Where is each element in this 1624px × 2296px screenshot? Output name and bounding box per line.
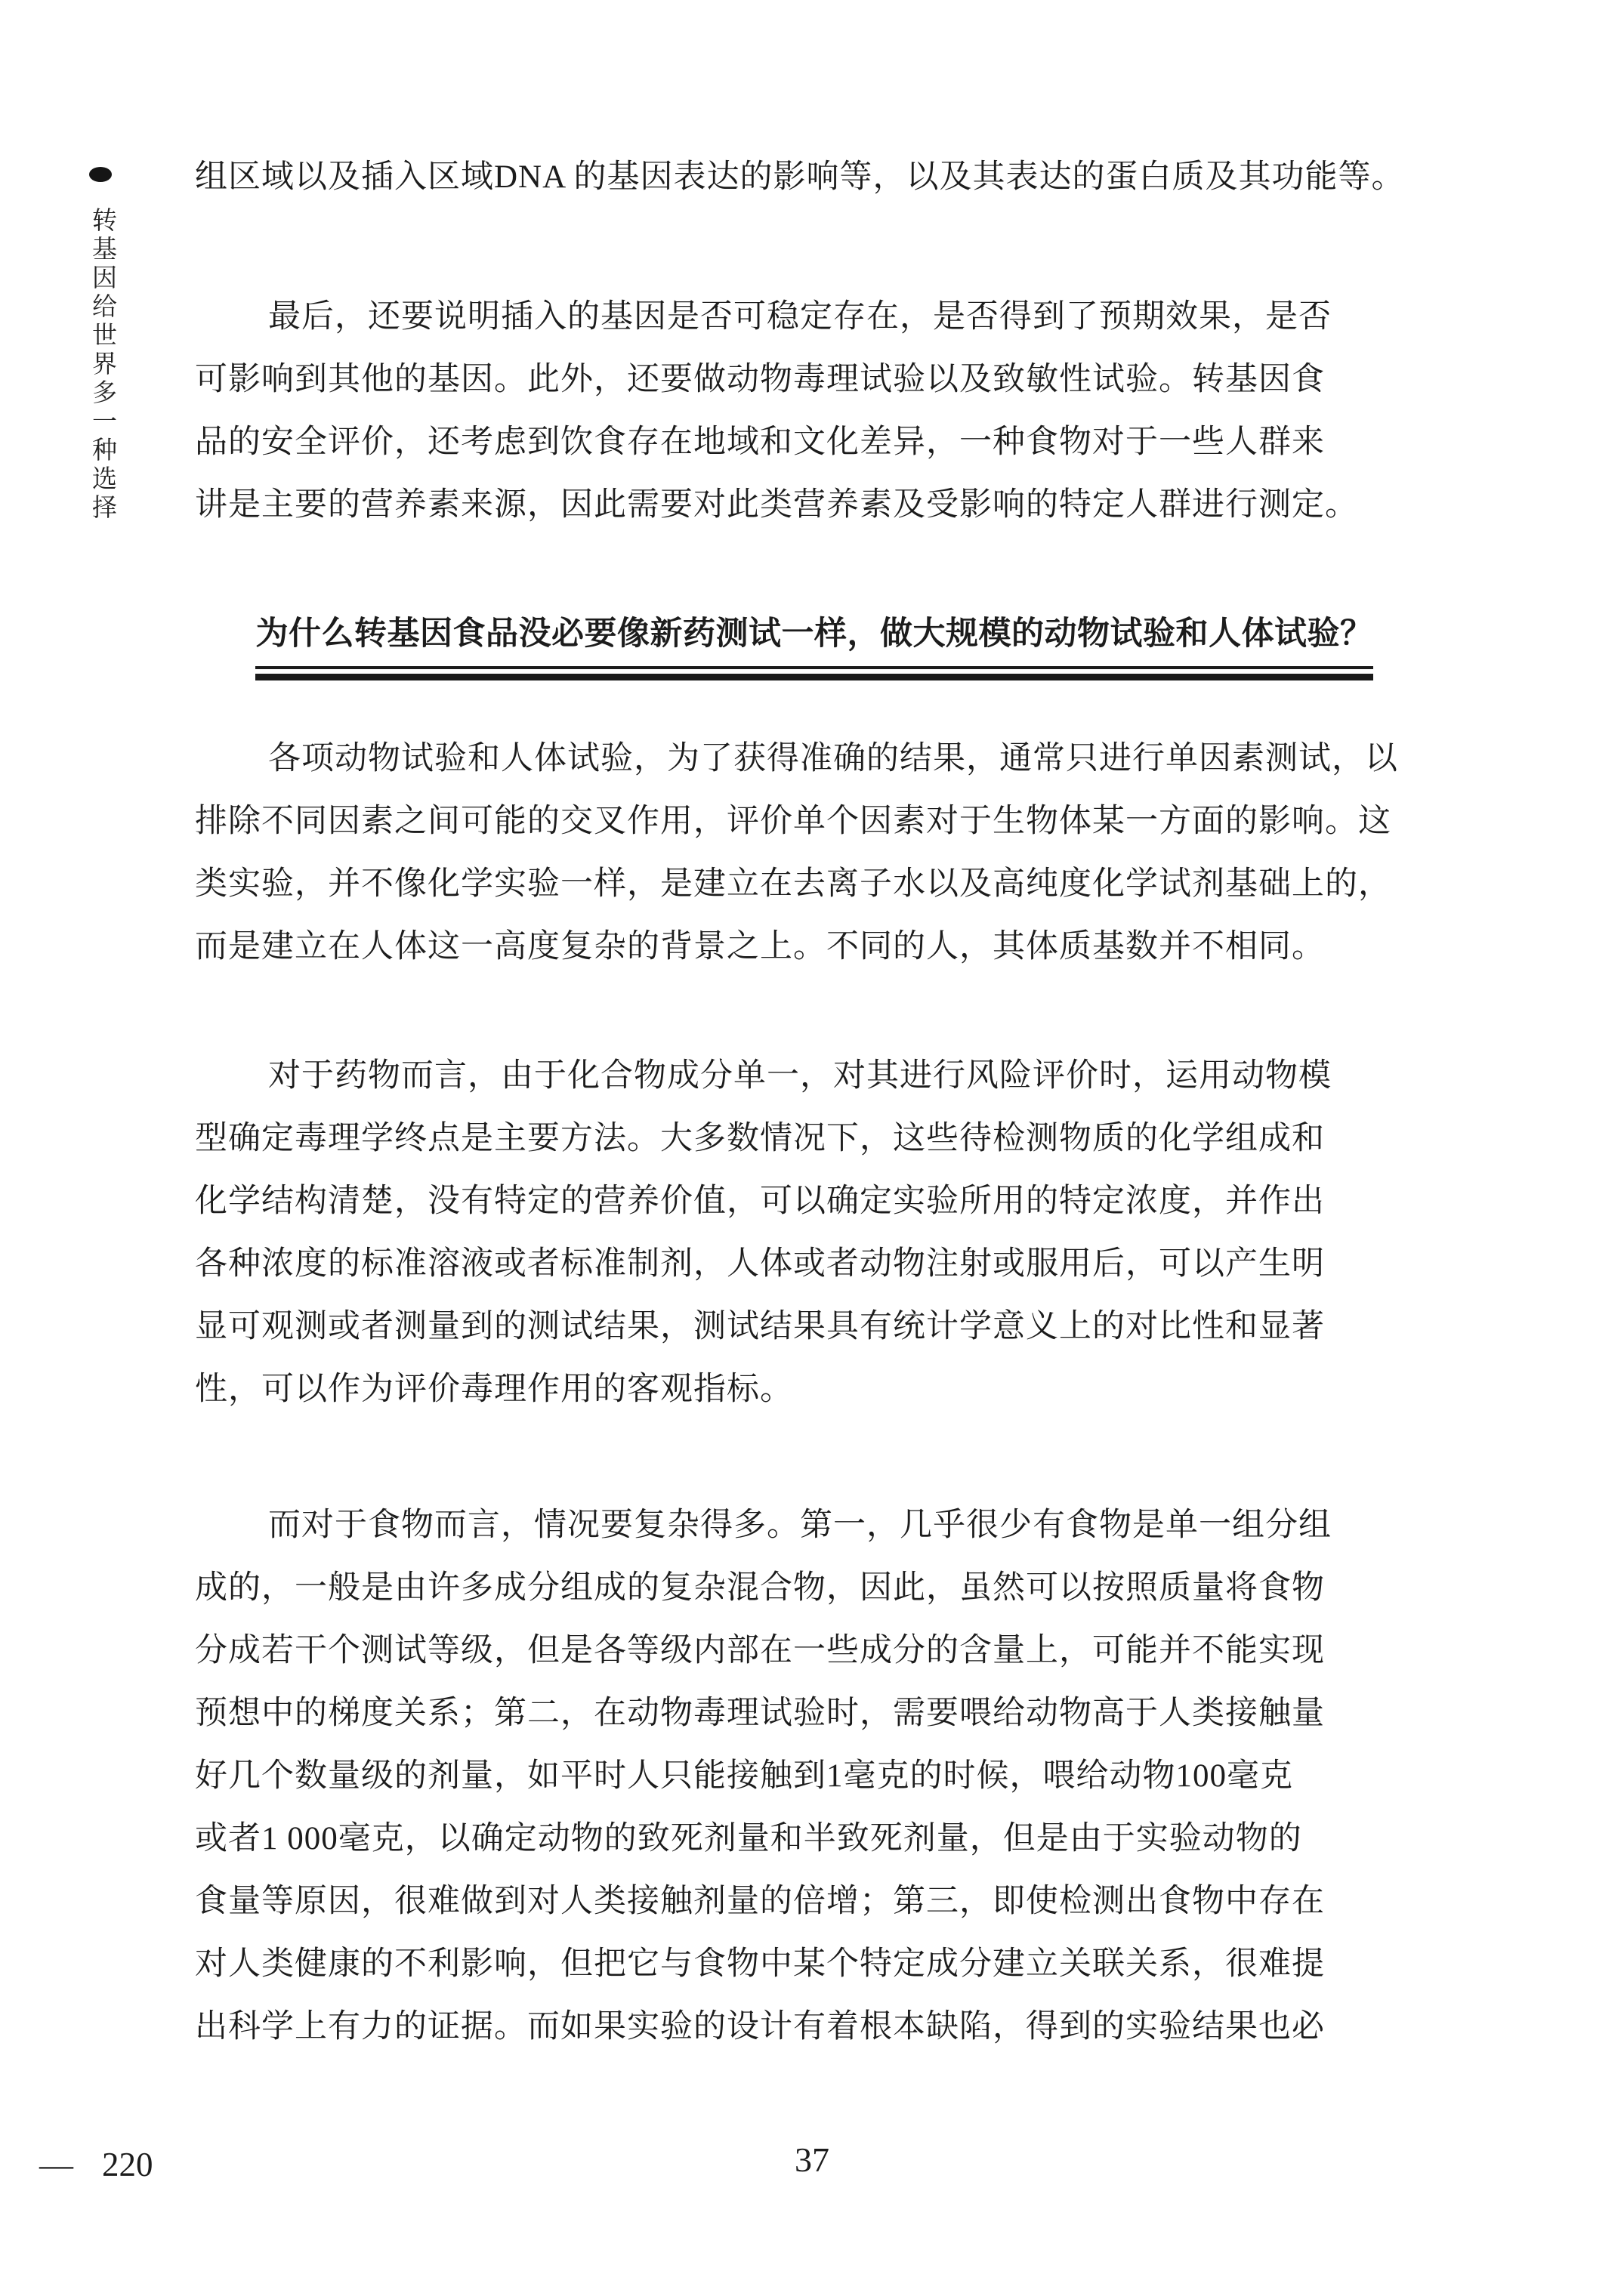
heading-double-underline (255, 666, 1373, 680)
text-line: 化学结构清楚，没有特定的营养价值，可以确定实验所用的特定浓度，并作出 (195, 1170, 1434, 1233)
text-line: 食量等原因，很难做到对人类接触剂量的倍增；第三，即使检测出食物中存在 (195, 1870, 1434, 1933)
text-line: 类实验，并不像化学实验一样，是建立在去离子水以及高纯度化学试剂基础上的， (195, 853, 1434, 915)
text-line: 可影响到其他的基因。此外，还要做动物毒理试验以及致敏性试验。转基因食 (195, 348, 1434, 411)
paragraph-drug-toxicology: 对于药物而言，由于化合物成分单一，对其进行风险评价时，运用动物模型确定毒理学终点… (195, 1045, 1434, 1421)
book-series-title-vertical: 转基因给世界多一种选择 (85, 207, 120, 523)
paragraph-final-evaluation: 最后，还要说明插入的基因是否可稳定存在，是否得到了预期效果，是否可影响到其他的基… (195, 285, 1434, 536)
main-text-column: 组区域以及插入区域DNA 的基因表达的影响等，以及其表达的蛋白质及其功能等。 最… (195, 146, 1434, 2058)
text-line: 而对于食物而言，情况要复杂得多。第一，几乎很少有食物是单一组分组 (195, 1494, 1434, 1557)
text-line: 型确定毒理学终点是主要方法。大多数情况下，这些待检测物质的化学组成和 (195, 1107, 1434, 1170)
text-line: 对人类健康的不利影响，但把它与食物中某个特定成分建立关联关系，很难提 (195, 1933, 1434, 1995)
text-line: 性，可以作为评价毒理作用的客观指标。 (195, 1358, 1434, 1421)
section-heading-block: 为什么转基因食品没必要像新药测试一样，做大规模的动物试验和人体试验？ (195, 603, 1434, 680)
text-line: 好几个数量级的剂量，如平时人只能接触到1毫克的时候，喂给动物100毫克 (195, 1745, 1434, 1807)
bullet-icon (89, 167, 112, 182)
text-line: 出科学上有力的证据。而如果实验的设计有着根本缺陷，得到的实验结果也必 (195, 1995, 1434, 2058)
text-line: 对于药物而言，由于化合物成分单一，对其进行风险评价时，运用动物模 (195, 1045, 1434, 1107)
text-line: 最后，还要说明插入的基因是否可稳定存在，是否得到了预期效果，是否 (195, 285, 1434, 348)
section-heading: 为什么转基因食品没必要像新药测试一样，做大规模的动物试验和人体试验？ (195, 603, 1434, 665)
text-line: 显可观测或者测量到的测试结果，测试结果具有统计学意义上的对比性和显著 (195, 1295, 1434, 1358)
text-line: 而是建立在人体这一高度复杂的背景之上。不同的人，其体质基数并不相同。 (195, 915, 1434, 978)
text-line: 各种浓度的标准溶液或者标准制剂，人体或者动物注射或服用后，可以产生明 (195, 1233, 1434, 1295)
text-line: 排除不同因素之间可能的交叉作用，评价单个因素对于生物体某一方面的影响。这 (195, 790, 1434, 853)
text-line: 预想中的梯度关系；第二，在动物毒理试验时，需要喂给动物高于人类接触量 (195, 1682, 1434, 1745)
paragraph-food-complexity: 而对于食物而言，情况要复杂得多。第一，几乎很少有食物是单一组分组成的，一般是由许… (195, 1494, 1434, 2058)
paragraph-continuation: 组区域以及插入区域DNA 的基因表达的影响等，以及其表达的蛋白质及其功能等。 (195, 146, 1434, 208)
text-line: 分成若干个测试等级，但是各等级内部在一些成分的含量上，可能并不能实现 (195, 1619, 1434, 1682)
page-number-center: 37 (0, 2136, 1624, 2184)
text-line: 各项动物试验和人体试验，为了获得准确的结果，通常只进行单因素测试，以 (195, 727, 1434, 790)
text-line: 组区域以及插入区域DNA 的基因表达的影响等，以及其表达的蛋白质及其功能等。 (195, 146, 1434, 208)
text-line: 成的，一般是由许多成分组成的复杂混合物，因此，虽然可以按照质量将食物 (195, 1557, 1434, 1619)
text-line: 品的安全评价，还考虑到饮食存在地域和文化差异，一种食物对于一些人群来 (195, 411, 1434, 474)
paragraph-single-factor-tests: 各项动物试验和人体试验，为了获得准确的结果，通常只进行单因素测试，以排除不同因素… (195, 727, 1434, 978)
text-line: 或者1 000毫克，以确定动物的致死剂量和半致死剂量，但是由于实验动物的 (195, 1807, 1434, 1870)
scanned-book-page: 转基因给世界多一种选择 组区域以及插入区域DNA 的基因表达的影响等，以及其表达… (0, 0, 1624, 2296)
text-line: 讲是主要的营养素来源，因此需要对此类营养素及受影响的特定人群进行测定。 (195, 474, 1434, 536)
